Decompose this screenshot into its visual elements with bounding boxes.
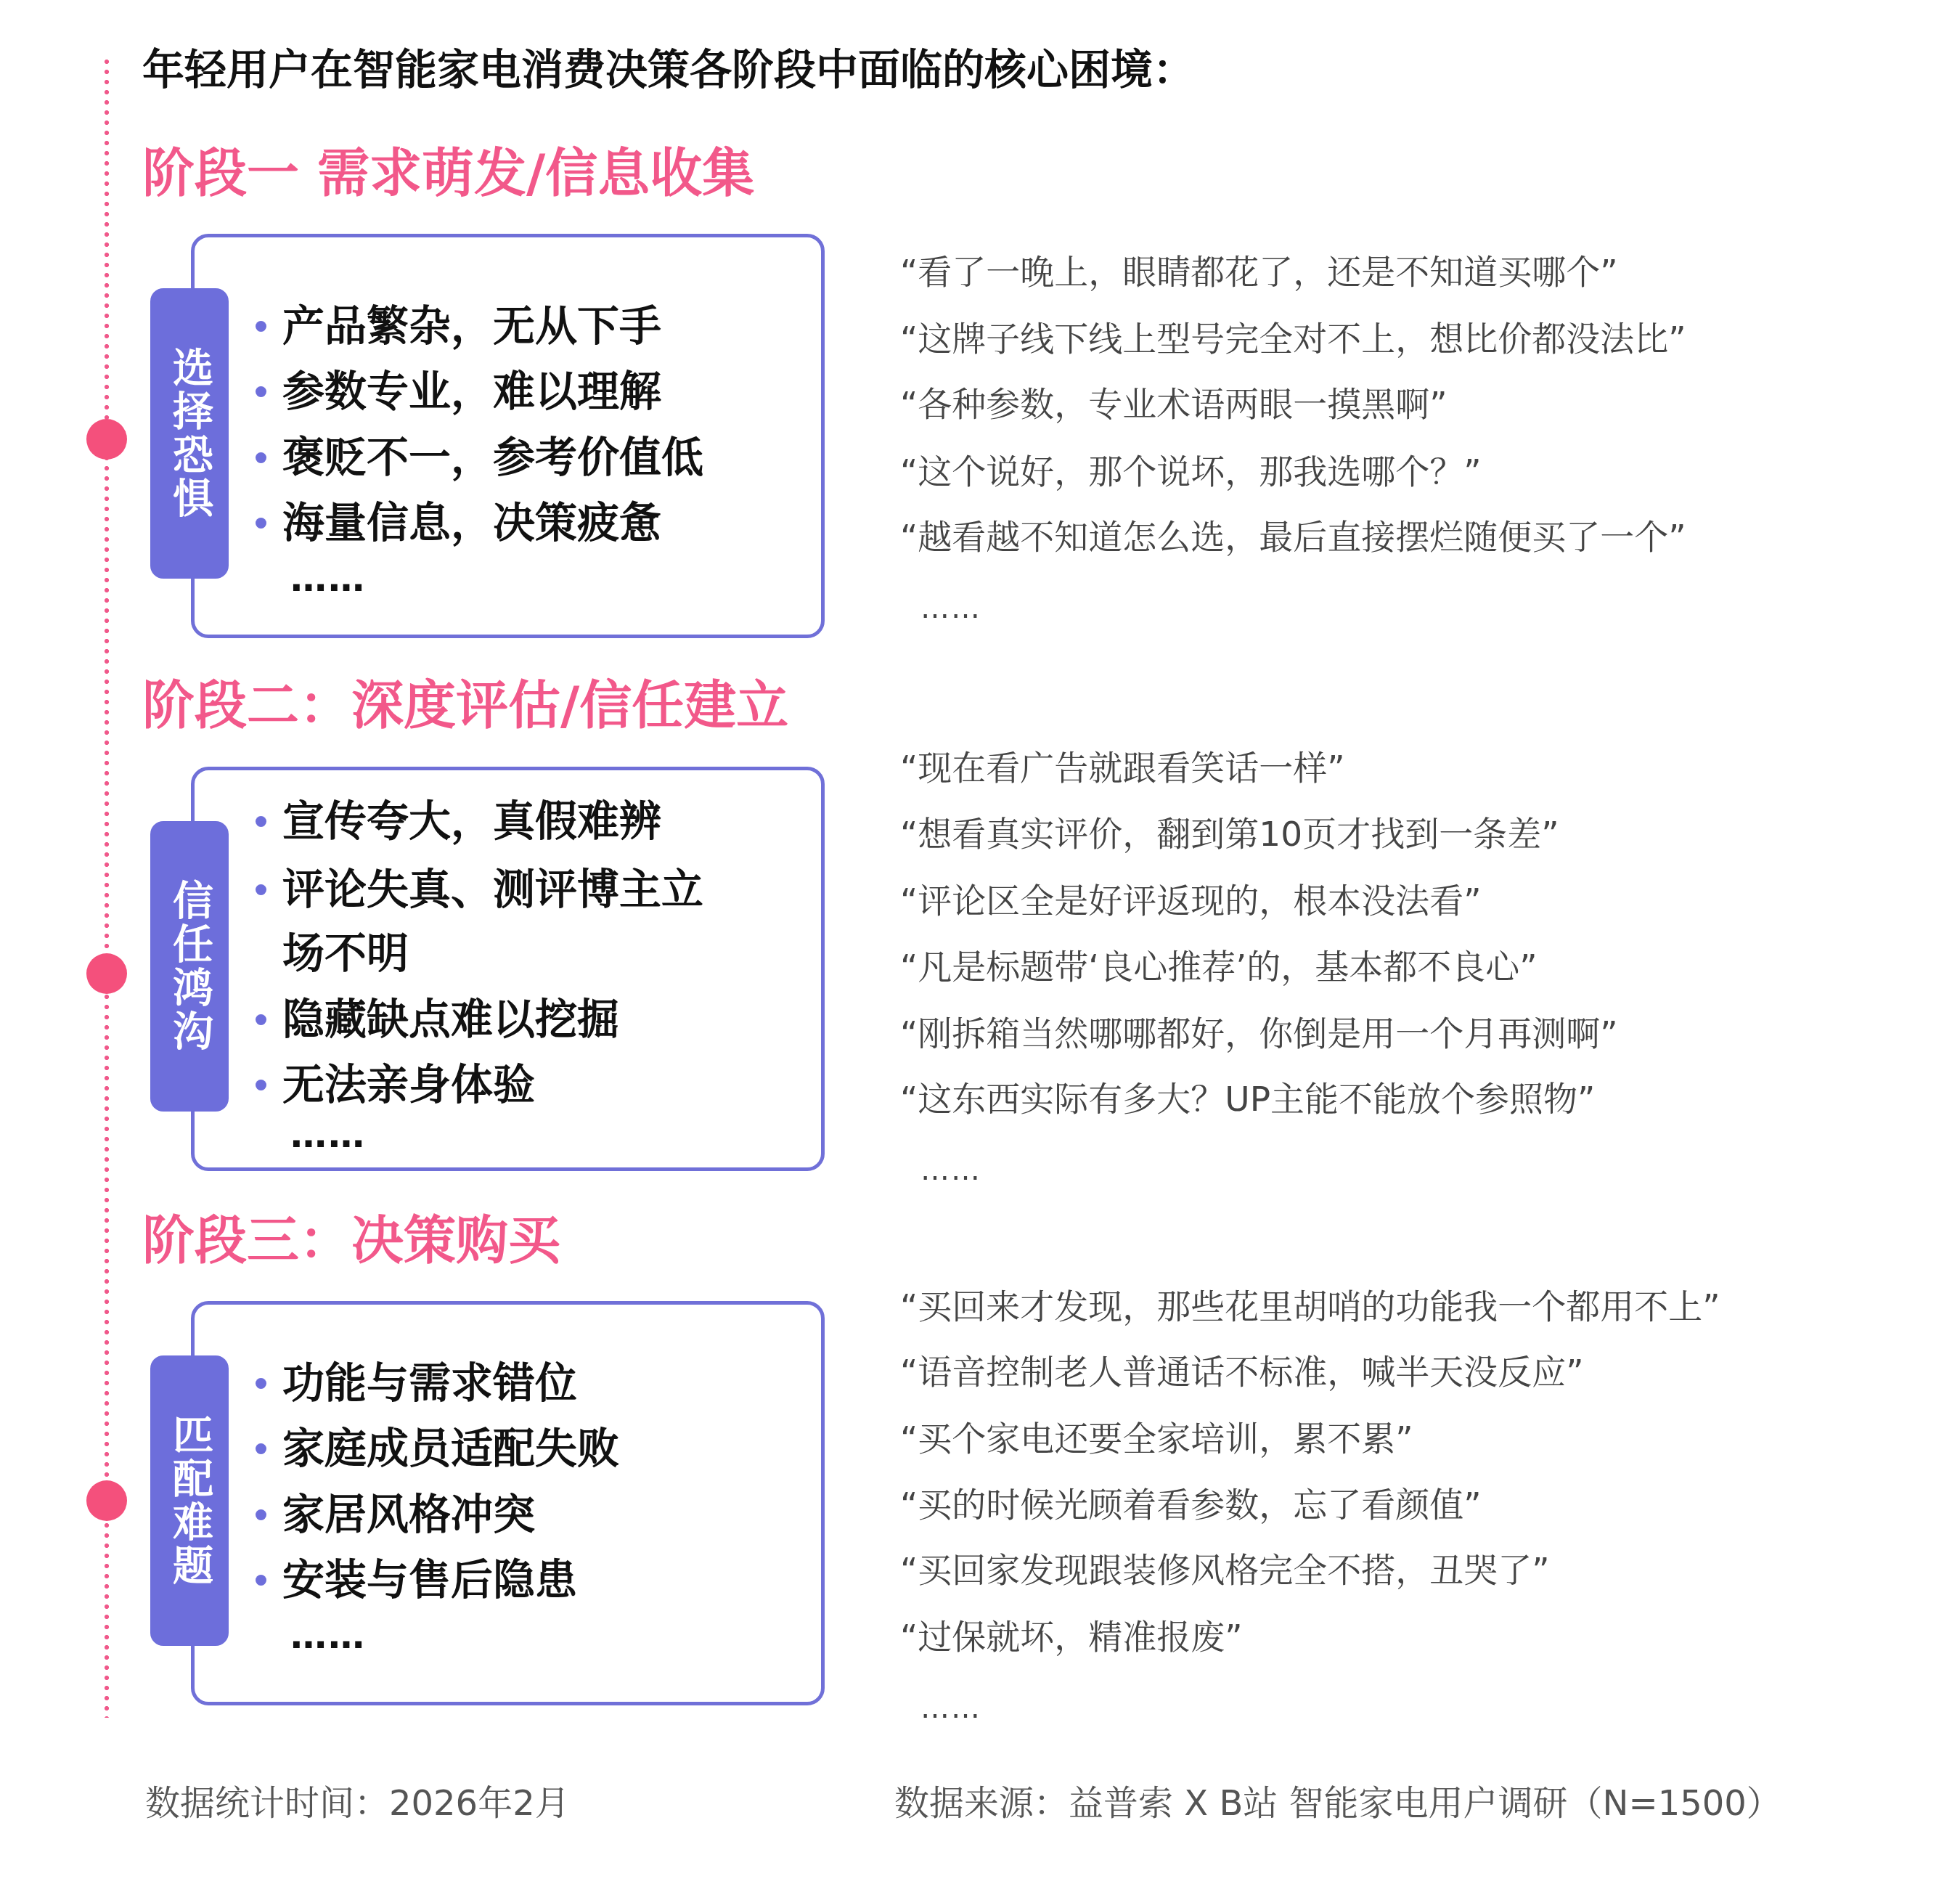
stage-1-quote: “这牌子线下线上型号完全对不上，想比价都没法比” bbox=[900, 318, 1686, 362]
stage-3-quote: “买回来才发现，那些花里胡哨的功能我一个都用不上” bbox=[900, 1286, 1720, 1329]
bullet-icon bbox=[256, 1443, 266, 1454]
stage-1-tab: 选择恐惧 bbox=[150, 288, 229, 579]
bullet-icon bbox=[256, 518, 266, 529]
stage-3-quote: “买个家电还要全家培训，累不累” bbox=[900, 1418, 1413, 1461]
bullet-icon bbox=[256, 1014, 266, 1025]
stage-3-item: 安装与售后隐患 bbox=[256, 1554, 577, 1605]
stage-2-quote: “评论区全是好评返现的，根本没法看” bbox=[900, 880, 1482, 923]
stage-2-item: 无法亲身体验 bbox=[256, 1059, 535, 1110]
bullet-icon bbox=[256, 1575, 266, 1586]
stage-3-quote: “买回家发现跟装修风格完全不搭，丑哭了” bbox=[900, 1549, 1550, 1593]
stage-2-heading: 阶段二：深度评估/信任建立 bbox=[142, 672, 788, 738]
stage-1-item: 参数专业，难以理解 bbox=[256, 366, 661, 417]
footer-source: 数据来源：益普索 X B站 智能家电用户调研（N=1500） bbox=[894, 1782, 1781, 1825]
bullet-icon bbox=[256, 452, 266, 463]
stage-1-item: 海量信息，决策疲惫 bbox=[256, 497, 661, 548]
bullet-icon bbox=[256, 321, 266, 332]
stage-2-item-continuation: 场不明 bbox=[256, 928, 409, 979]
stage-1-item: 褒贬不一，参考价值低 bbox=[256, 432, 703, 483]
stage-2-item: 宣传夸大，真假难辨 bbox=[256, 796, 661, 847]
stage-2-quote: “凡是标题带‘良心推荐’的，基本都不良心” bbox=[900, 946, 1538, 990]
stage-2-quote: “刚拆箱当然哪哪都好，你倒是用一个月再测啊” bbox=[900, 1013, 1618, 1056]
bullet-icon bbox=[256, 386, 266, 397]
timeline-node-1 bbox=[86, 419, 127, 460]
stage-2-quote: “现在看广告就跟看笑话一样” bbox=[900, 747, 1345, 791]
stage-2-item: 评论失真、测评博主立 bbox=[256, 864, 703, 915]
stage-3-item: 功能与需求错位 bbox=[256, 1358, 577, 1408]
stage-3-heading: 阶段三：决策购买 bbox=[142, 1207, 560, 1273]
stage-1-quote: “各种参数，专业术语两眼一摸黑啊” bbox=[900, 383, 1447, 427]
stage-1-quotes-more: …… bbox=[920, 594, 981, 623]
stage-3-item: 家居风格冲突 bbox=[256, 1489, 535, 1540]
stage-2-quote: “这东西实际有多大？UP主能不能放个参照物” bbox=[900, 1078, 1595, 1122]
footer-date: 数据统计时间：2026年2月 bbox=[145, 1782, 570, 1825]
stage-3-quotes-more: …… bbox=[920, 1694, 981, 1723]
stage-2-items-more: …… bbox=[290, 1117, 366, 1153]
stage-3-tab: 匹配难题 bbox=[150, 1355, 229, 1646]
stage-2-quotes-more: …… bbox=[920, 1156, 981, 1185]
stage-3-items-more: …… bbox=[290, 1618, 366, 1654]
stage-1-items-more: …… bbox=[290, 560, 366, 597]
stage-3-item: 家庭成员适配失败 bbox=[256, 1423, 619, 1474]
timeline-node-3 bbox=[86, 1480, 127, 1521]
stage-3-quote: “买的时候光顾着看参数，忘了看颜值” bbox=[900, 1484, 1482, 1528]
stage-1-heading: 阶段一 需求萌发/信息收集 bbox=[142, 140, 754, 205]
stage-1-quote: “越看越不知道怎么选，最后直接摆烂随便买了一个” bbox=[900, 516, 1686, 560]
stage-2-quote: “想看真实评价，翻到第10页才找到一条差” bbox=[900, 813, 1559, 857]
stage-2-item: 隐藏缺点难以挖掘 bbox=[256, 994, 619, 1045]
bullet-icon bbox=[256, 1378, 266, 1389]
timeline-node-2 bbox=[86, 953, 127, 994]
bullet-icon bbox=[256, 1080, 266, 1090]
bullet-icon bbox=[256, 1509, 266, 1520]
timeline-dotted-line bbox=[105, 57, 109, 1718]
stage-1-quote: “看了一晚上，眼睛都花了，还是不知道买哪个” bbox=[900, 251, 1618, 295]
page-title: 年轻用户在智能家电消费决策各阶段中面临的核心困境： bbox=[142, 41, 1195, 99]
bullet-icon bbox=[256, 816, 266, 827]
stage-1-quote: “这个说好，那个说坏，那我选哪个？” bbox=[900, 451, 1482, 494]
bullet-icon bbox=[256, 884, 266, 895]
stage-2-tab: 信任鸿沟 bbox=[150, 821, 229, 1112]
stage-3-quote: “过保就坏，精准报废” bbox=[900, 1616, 1243, 1660]
stage-1-item: 产品繁杂，无从下手 bbox=[256, 301, 661, 351]
stage-3-quote: “语音控制老人普通话不标准，喊半天没反应” bbox=[900, 1351, 1584, 1395]
